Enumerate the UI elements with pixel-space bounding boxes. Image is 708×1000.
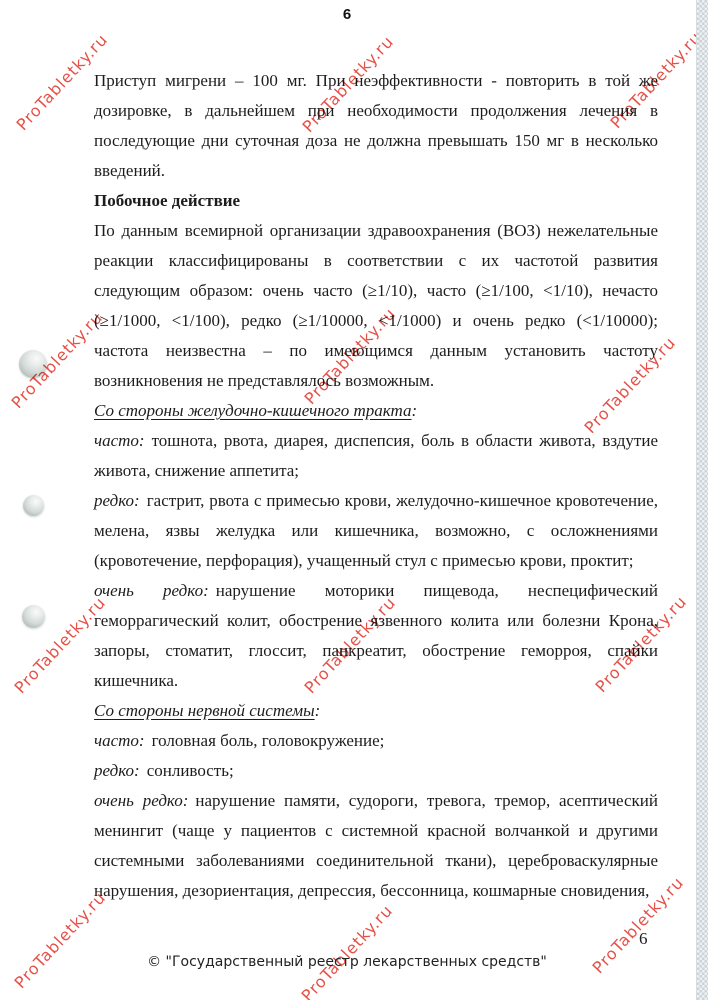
scanned-document-page: 6 Приступ мигрени – 100 мг. При неэффект…	[0, 0, 708, 1000]
subheading-nervous-system-label: Со стороны нервной системы	[94, 701, 315, 720]
document-text-block: Приступ мигрени – 100 мг. При неэффектив…	[94, 66, 658, 906]
scan-edge-texture	[696, 0, 708, 1000]
nervous-item-often: часто:головная боль, головокружение;	[94, 726, 658, 756]
nervous-item-often-text: головная боль, головокружение;	[152, 731, 385, 750]
watermark-protabletky: ProTabletky.ru	[298, 901, 397, 1000]
pill-ball-artifact-3	[22, 605, 45, 628]
gi-item-often: часто:тошнота, рвота, диарея, диспепсия,…	[94, 426, 658, 486]
gi-item-rare-lead: редко:	[94, 491, 140, 510]
pill-ball-artifact-1	[19, 350, 47, 378]
nervous-item-very-rare-lead: очень редко:	[94, 791, 188, 810]
page-number-top: 6	[0, 6, 694, 23]
gi-item-rare-text: гастрит, рвота с примесью крови, желудоч…	[94, 491, 658, 570]
paragraph-who-frequency: По данным всемирной организации здравоох…	[94, 216, 658, 396]
heading-side-effects: Побочное действие	[94, 186, 658, 216]
nervous-item-often-lead: часто:	[94, 731, 145, 750]
page-number-bottom: 6	[639, 929, 648, 949]
nervous-item-very-rare: очень редко:нарушение памяти, судороги, …	[94, 786, 658, 906]
subheading-gi-tract: Со стороны желудочно-кишечного тракта:	[94, 396, 658, 426]
footer-copyright: © "Государственный реестр лекарственных …	[0, 954, 694, 970]
gi-item-often-text: тошнота, рвота, диарея, диспепсия, боль …	[94, 431, 658, 480]
pill-ball-artifact-2	[23, 495, 44, 516]
nervous-item-rare-lead: редко:	[94, 761, 140, 780]
gi-item-rare: редко:гастрит, рвота с примесью крови, ж…	[94, 486, 658, 576]
paragraph-migraine-dose: Приступ мигрени – 100 мг. При неэффектив…	[94, 66, 658, 186]
gi-item-very-rare-lead: очень редко:	[94, 581, 209, 600]
subheading-nervous-system-colon: :	[315, 701, 321, 720]
subheading-gi-tract-colon: :	[412, 401, 418, 420]
subheading-nervous-system: Со стороны нервной системы:	[94, 696, 658, 726]
subheading-gi-tract-label: Со стороны желудочно-кишечного тракта	[94, 401, 412, 420]
nervous-item-rare-text: сонливость;	[147, 761, 234, 780]
gi-item-often-lead: часто:	[94, 431, 145, 450]
nervous-item-rare: редко:сонливость;	[94, 756, 658, 786]
gi-item-very-rare: очень редко:нарушение моторики пищевода,…	[94, 576, 658, 696]
